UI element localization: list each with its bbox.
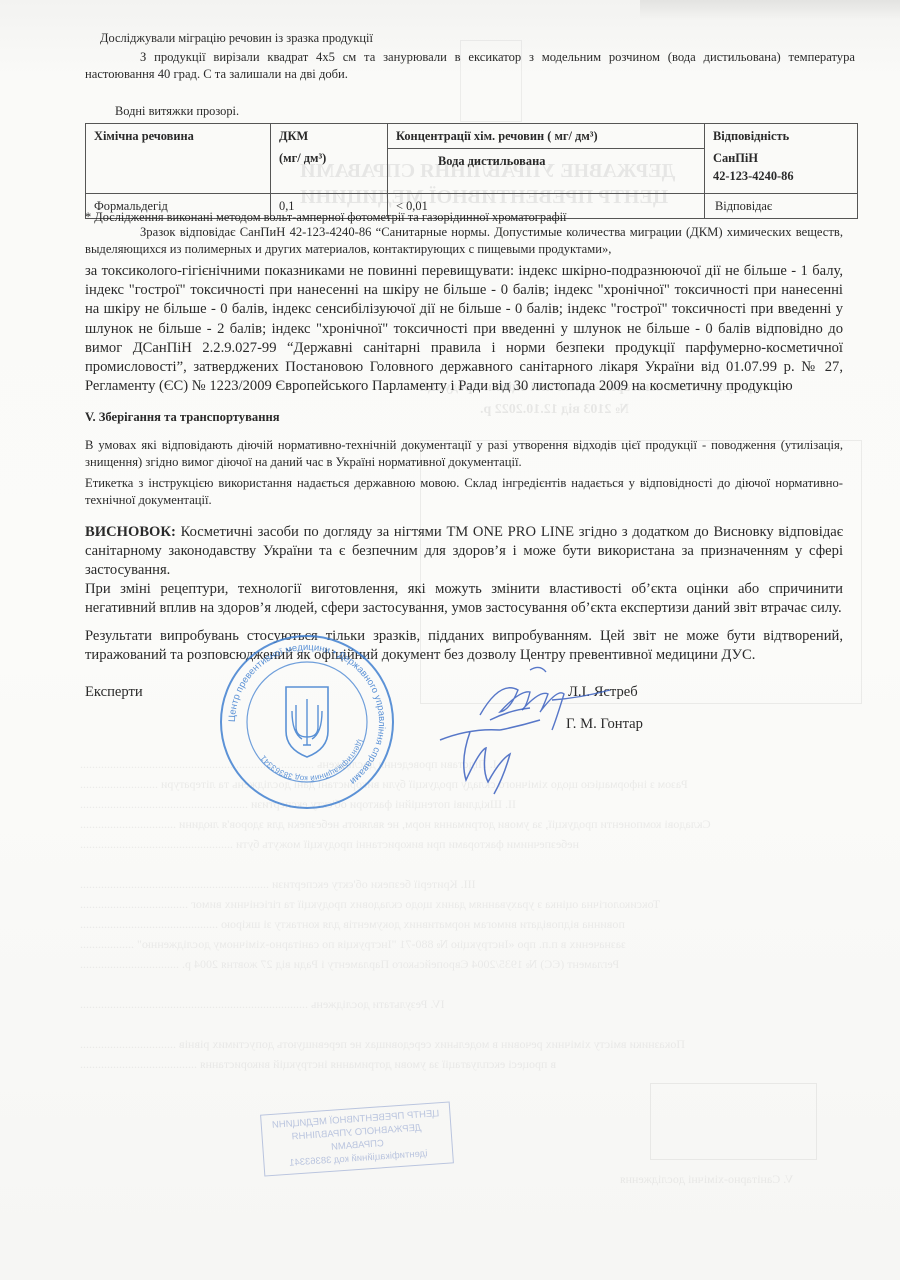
storage-paragraph: В умовах які відповідають діючій нормати… [85,437,843,471]
sample-compliance: Зразок відповідає СанПиН 42-123-4240-86 … [85,224,843,258]
bleed-through-text: V. Санітарно-хімічні дослідження [620,1170,793,1189]
bleed-through-text: повинна відповідати вимогам нормативних … [80,915,625,934]
bleed-through-text: зазначених в п.п. про «Інструкцію № 880-… [80,935,626,954]
signature-hontar [430,690,550,800]
rectangular-stamp-bleed-through: ЦЕНТР ПРЕВЕНТИВНОЇ МЕДИЦИНИ ДЕРЖАВНОГО У… [260,1101,454,1176]
experts-label: Експерти [85,685,143,700]
stamp-inner-text: Ідентифікаційний код 38363341 [258,738,365,783]
round-official-stamp: Центр превентивної медицини • Державного… [218,633,396,811]
bleed-through-text: Токсикологічна оцінка з урахуванням дани… [80,895,660,914]
header-dkm: ДКМ (мг/ дм³) [271,124,388,194]
change-paragraph: При зміні рецептури, технології виготовл… [85,580,843,618]
migration-results-table: Хімічна речовина ДКМ (мг/ дм³) Концентра… [85,123,858,219]
cell-compliance: Відповідає [705,194,858,219]
trident-icon [286,687,328,757]
bleed-through-text: Регламент (ЄС) № 1935/2004 Європейського… [80,955,619,974]
bleed-through-text: Складові компоненти продукції, за умови … [80,815,711,834]
bleed-through-text: в процесі експлуатації за умови дотриман… [80,1055,556,1074]
header-compliance: Відповідність СанПіН 42-123-4240-86 [705,124,858,194]
extracts-note: Водні витяжки прозорі. [115,104,239,119]
bleed-through-text: Показники вмісту хімічних речовин в моде… [80,1035,685,1054]
bleed-through-text: небезпечними факторами при використанні … [80,835,579,854]
header-compliance-norm-code: 42-123-4240-86 [713,167,849,185]
header-dkm-unit: (мг/ дм³) [279,149,379,167]
header-compliance-label: Відповідність [713,127,849,145]
bleed-through-text: IV. Результати досліджень ..............… [80,995,445,1014]
conclusion-label: ВИСНОВОК: [85,524,176,540]
header-substance: Хімічна речовина [86,124,271,194]
header-dkm-label: ДКМ [279,127,379,145]
method-paragraph: З продукції вирізали квадрат 4х5 см та з… [85,49,855,83]
document-page: ДЕРЖАВНЕ УПРАВЛІННЯ СПРАВАМИ ЦЕНТР ПРЕВЕ… [0,0,900,1280]
footnote: * Дослідження виконані методом вольт-амп… [85,210,566,225]
bleed-through-heading: № 2103 від 12.10.2022 р. [480,402,629,418]
toxicology-paragraph: за токсиколого-гігієнічними показниками … [85,262,843,396]
paper-fold-shadow [640,0,900,20]
header-concentration: Концентрації хім. речовин ( мг/ дм³) [388,124,705,149]
bleed-through-text: ІІІ. Критерії безпеки об'єкту експертизи… [80,875,476,894]
header-medium: Вода дистильована [388,149,705,194]
header-compliance-norm: СанПіН [713,149,849,167]
conclusion-paragraph: ВИСНОВОК: Косметичні засоби по догляду з… [85,523,843,581]
bleed-through-table [650,1083,817,1160]
label-paragraph: Етикетка з інструкцією використання нада… [85,475,843,509]
intro-line: Досліджували міграцію речовин із зразка … [100,31,373,46]
conclusion-text: Косметичні засоби по догляду за нігтями … [85,524,843,578]
svg-text:Ідентифікаційний код 38363341: Ідентифікаційний код 38363341 [258,738,365,783]
section-v-title: V. Зберігання та транспортування [85,410,280,425]
